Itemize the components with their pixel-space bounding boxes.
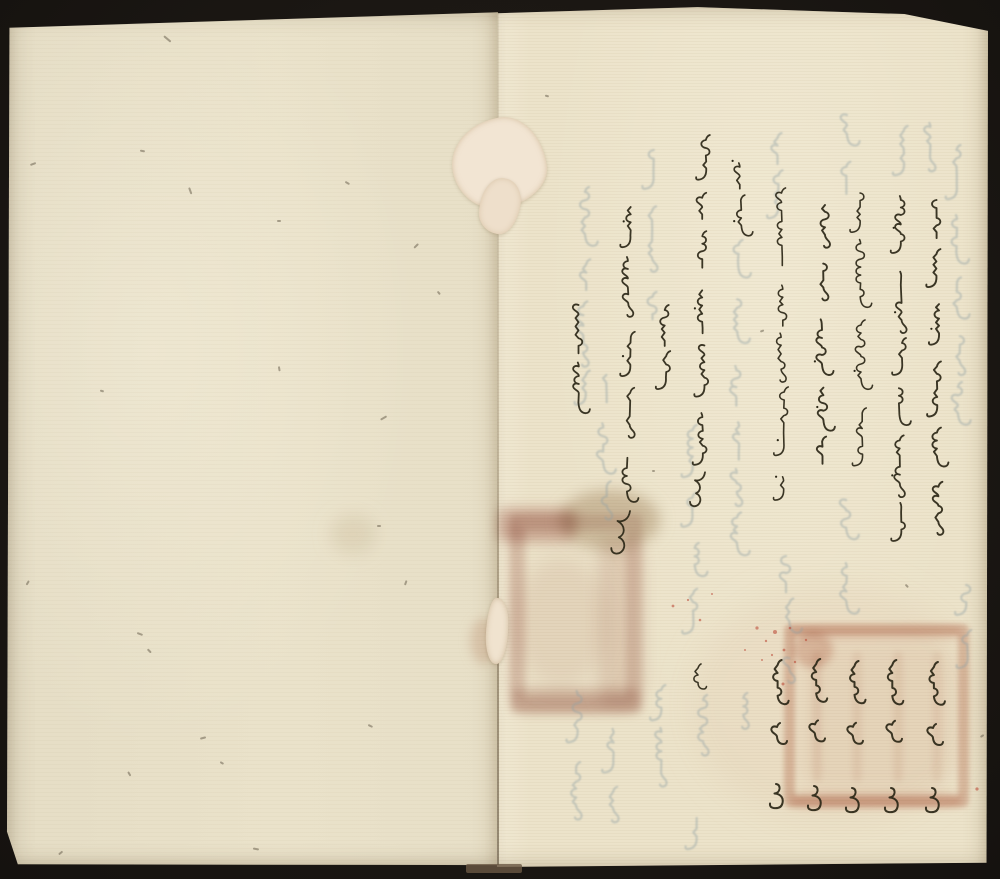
left-page-blank	[6, 8, 498, 866]
center-fold-crease	[497, 12, 499, 865]
right-page-inscribed	[496, 5, 988, 867]
lower-page-edge	[466, 864, 522, 873]
photo-backdrop	[0, 0, 1000, 879]
